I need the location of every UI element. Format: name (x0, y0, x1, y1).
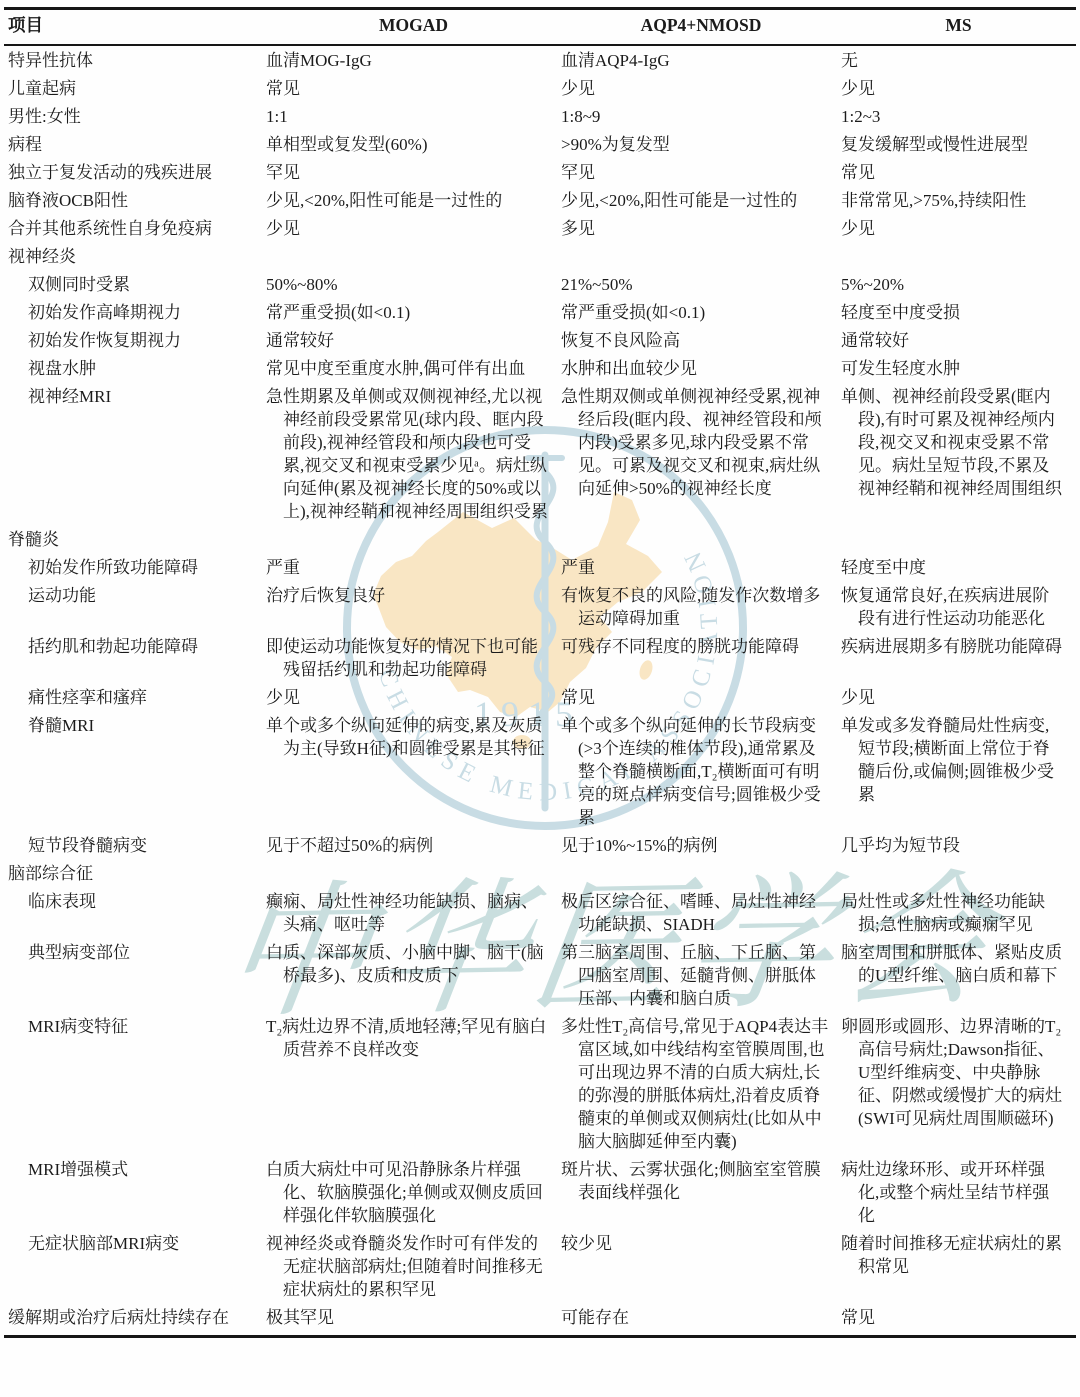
cell: 斑片状、云雾状强化;侧脑室室管膜表面线样强化 (561, 1155, 841, 1229)
cell: 急性期双侧或单侧视神经受累,视神经后段(眶内段、视神经管段和颅内段)受累多见,球… (561, 382, 841, 525)
cell: 单个或多个纵向延伸的长节段病变(>3个连续的椎体节段),通常累及整个脊髓横断面,… (561, 711, 841, 831)
cell: 常见 (841, 158, 1076, 186)
section-label: 视神经炎 (4, 242, 1076, 270)
cell: 罕见 (561, 158, 841, 186)
row-label: 视盘水肿 (4, 354, 266, 382)
cell: 可能存在 (561, 1303, 841, 1336)
cell: 无 (841, 45, 1076, 74)
row-label: MRI增强模式 (4, 1155, 266, 1229)
row-label: 脊髓MRI (4, 711, 266, 831)
cell: 即使运动功能恢复好的情况下也可能残留括约肌和勃起功能障碍 (266, 632, 561, 683)
cell: 血清MOG-IgG (266, 45, 561, 74)
cell: 单个或多个纵向延伸的病变,累及灰质为主(导致H征)和圆锥受累是其特征 (266, 711, 561, 831)
cell: 白质大病灶中可见沿静脉条片样强化、软脑膜强化;单侧或双侧皮质回样强化伴软脑膜强化 (266, 1155, 561, 1229)
cell: 几乎均为短节段 (841, 831, 1076, 859)
cell: T₂病灶边界不清,质地轻薄;罕见有脑白质营养不良样改变 (266, 1012, 561, 1155)
row-label: 短节段脊髓病变 (4, 831, 266, 859)
table-row: MRI增强模式白质大病灶中可见沿静脉条片样强化、软脑膜强化;单侧或双侧皮质回样强… (4, 1155, 1076, 1229)
cell: 见于不超过50%的病例 (266, 831, 561, 859)
cell: 少见 (841, 214, 1076, 242)
table-row: 运动功能治疗后恢复良好有恢复不良的风险,随发作次数增多运动障碍加重恢复通常良好,… (4, 581, 1076, 632)
cell: 少见 (841, 683, 1076, 711)
cell: 少见,<20%,阳性可能是一过性的 (561, 186, 841, 214)
comparison-table: 项目MOGADAQP4+NMOSDMS 特异性抗体血清MOG-IgG血清AQP4… (4, 7, 1076, 1338)
cell: 单相型或复发型(60%) (266, 130, 561, 158)
row-label: 男性:女性 (4, 102, 266, 130)
cell: 少见,<20%,阳性可能是一过性的 (266, 186, 561, 214)
cell: 1:1 (266, 102, 561, 130)
row-label: 运动功能 (4, 581, 266, 632)
cell: 严重 (266, 553, 561, 581)
table-row: 特异性抗体血清MOG-IgG血清AQP4-IgG无 (4, 45, 1076, 74)
section-row: 脑部综合征 (4, 859, 1076, 887)
row-label: MRI病变特征 (4, 1012, 266, 1155)
cell: 单发或多发脊髓局灶性病变,短节段;横断面上常位于脊髓后份,或偏侧;圆锥极少受累 (841, 711, 1076, 831)
row-label: 脑脊液OCB阳性 (4, 186, 266, 214)
table-row: 典型病变部位白质、深部灰质、小脑中脚、脑干(脑桥最多)、皮质和皮质下第三脑室周围… (4, 938, 1076, 1012)
table-row: 痛性痉挛和瘙痒少见常见少见 (4, 683, 1076, 711)
table-body: 特异性抗体血清MOG-IgG血清AQP4-IgG无儿童起病常见少见少见男性:女性… (4, 45, 1076, 1336)
cell: 常见中度至重度水肿,偶可伴有出血 (266, 354, 561, 382)
table-row: 儿童起病常见少见少见 (4, 74, 1076, 102)
table-row: 视神经MRI急性期累及单侧或双侧视神经,尤以视神经前段受累常见(球内段、眶内段前… (4, 382, 1076, 525)
section-row: 视神经炎 (4, 242, 1076, 270)
table-row: 独立于复发活动的残疾进展罕见罕见常见 (4, 158, 1076, 186)
document-page: 1915 CHINESE MEDICAL ASSOCIATION 中华医学会 项… (0, 0, 1080, 1397)
table-row: 缓解期或治疗后病灶持续存在极其罕见可能存在常见 (4, 1303, 1076, 1336)
table-row: 合并其他系统性自身免疫病少见多见少见 (4, 214, 1076, 242)
cell: >90%为复发型 (561, 130, 841, 158)
section-row: 脊髓炎 (4, 525, 1076, 553)
table-header: 项目MOGADAQP4+NMOSDMS (4, 9, 1076, 46)
table-row: 括约肌和勃起功能障碍即使运动功能恢复好的情况下也可能残留括约肌和勃起功能障碍可残… (4, 632, 1076, 683)
cell: 治疗后恢复良好 (266, 581, 561, 632)
cell: 癫痫、局灶性神经功能缺损、脑病、头痛、呕吐等 (266, 887, 561, 938)
row-label: 病程 (4, 130, 266, 158)
column-header: 项目 (4, 9, 266, 46)
cell: 局灶性或多灶性神经功能缺损;急性脑病或癫痫罕见 (841, 887, 1076, 938)
cell: 多灶性T₂高信号,常见于AQP4表达丰富区域,如中线结构室管膜周围,也可出现边界… (561, 1012, 841, 1155)
table-row: 初始发作高峰期视力常严重受损(如<0.1)常严重受损(如<0.1)轻度至中度受损 (4, 298, 1076, 326)
column-header: MOGAD (266, 9, 561, 46)
cell: 可发生轻度水肿 (841, 354, 1076, 382)
cell: 病灶边缘环形、或开环样强化,或整个病灶呈结节样强化 (841, 1155, 1076, 1229)
table-row: 男性:女性1:11:8~91:2~3 (4, 102, 1076, 130)
table-row: 初始发作恢复期视力通常较好恢复不良风险高通常较好 (4, 326, 1076, 354)
row-label: 儿童起病 (4, 74, 266, 102)
cell: 少见 (841, 74, 1076, 102)
cell: 脑室周围和胼胝体、紧贴皮质的U型纤维、脑白质和幕下 (841, 938, 1076, 1012)
cell: 见于10%~15%的病例 (561, 831, 841, 859)
cell: 少见 (561, 74, 841, 102)
table-row: 脑脊液OCB阳性少见,<20%,阳性可能是一过性的少见,<20%,阳性可能是一过… (4, 186, 1076, 214)
table-row: 初始发作所致功能障碍严重严重轻度至中度 (4, 553, 1076, 581)
row-label: 临床表现 (4, 887, 266, 938)
cell: 恢复通常良好,在疾病进展阶段有进行性运动功能恶化 (841, 581, 1076, 632)
header-row: 项目MOGADAQP4+NMOSDMS (4, 9, 1076, 46)
cell: 可残存不同程度的膀胱功能障碍 (561, 632, 841, 683)
cell: 单侧、视神经前段受累(眶内段),有时可累及视神经颅内段,视交叉和视束受累不常见。… (841, 382, 1076, 525)
cell: 少见 (266, 214, 561, 242)
cell: 视神经炎或脊髓炎发作时可有伴发的无症状脑部病灶;但随着时间推移无症状病灶的累积罕… (266, 1229, 561, 1303)
row-label: 无症状脑部MRI病变 (4, 1229, 266, 1303)
cell: 白质、深部灰质、小脑中脚、脑干(脑桥最多)、皮质和皮质下 (266, 938, 561, 1012)
table-row: 短节段脊髓病变见于不超过50%的病例见于10%~15%的病例几乎均为短节段 (4, 831, 1076, 859)
cell: 第三脑室周围、丘脑、下丘脑、第四脑室周围、延髓背侧、胼胝体压部、内囊和脑白质 (561, 938, 841, 1012)
table-row: 视盘水肿常见中度至重度水肿,偶可伴有出血水肿和出血较少见可发生轻度水肿 (4, 354, 1076, 382)
cell: 21%~50% (561, 270, 841, 298)
cell: 水肿和出血较少见 (561, 354, 841, 382)
cell: 血清AQP4-IgG (561, 45, 841, 74)
cell: 卵圆形或圆形、边界清晰的T₂高信号病灶;Dawson指征、U型纤维病变、中央静脉… (841, 1012, 1076, 1155)
row-label: 初始发作恢复期视力 (4, 326, 266, 354)
section-label: 脊髓炎 (4, 525, 1076, 553)
cell: 极其罕见 (266, 1303, 561, 1336)
cell: 轻度至中度受损 (841, 298, 1076, 326)
cell: 常严重受损(如<0.1) (266, 298, 561, 326)
cell: 轻度至中度 (841, 553, 1076, 581)
row-label: 痛性痉挛和瘙痒 (4, 683, 266, 711)
row-label: 缓解期或治疗后病灶持续存在 (4, 1303, 266, 1336)
column-header: MS (841, 9, 1076, 46)
cell: 1:2~3 (841, 102, 1076, 130)
row-label: 特异性抗体 (4, 45, 266, 74)
row-label: 初始发作所致功能障碍 (4, 553, 266, 581)
cell: 通常较好 (266, 326, 561, 354)
cell: 多见 (561, 214, 841, 242)
table-row: MRI病变特征T₂病灶边界不清,质地轻薄;罕见有脑白质营养不良样改变多灶性T₂高… (4, 1012, 1076, 1155)
cell: 较少见 (561, 1229, 841, 1303)
cell: 罕见 (266, 158, 561, 186)
cell: 有恢复不良的风险,随发作次数增多运动障碍加重 (561, 581, 841, 632)
cell: 常见 (561, 683, 841, 711)
cell: 复发缓解型或慢性进展型 (841, 130, 1076, 158)
column-header: AQP4+NMOSD (561, 9, 841, 46)
cell: 严重 (561, 553, 841, 581)
table-row: 无症状脑部MRI病变视神经炎或脊髓炎发作时可有伴发的无症状脑部病灶;但随着时间推… (4, 1229, 1076, 1303)
cell: 常见 (841, 1303, 1076, 1336)
row-label: 视神经MRI (4, 382, 266, 525)
row-label: 典型病变部位 (4, 938, 266, 1012)
cell: 常严重受损(如<0.1) (561, 298, 841, 326)
cell: 非常常见,>75%,持续阳性 (841, 186, 1076, 214)
cell: 急性期累及单侧或双侧视神经,尤以视神经前段受累常见(球内段、眶内段前段),视神经… (266, 382, 561, 525)
cell: 常见 (266, 74, 561, 102)
cell: 50%~80% (266, 270, 561, 298)
cell: 极后区综合征、嗜睡、局灶性神经功能缺损、SIADH (561, 887, 841, 938)
cell: 随着时间推移无症状病灶的累积常见 (841, 1229, 1076, 1303)
row-label: 独立于复发活动的残疾进展 (4, 158, 266, 186)
cell: 5%~20% (841, 270, 1076, 298)
section-label: 脑部综合征 (4, 859, 1076, 887)
cell: 1:8~9 (561, 102, 841, 130)
cell: 少见 (266, 683, 561, 711)
cell: 通常较好 (841, 326, 1076, 354)
table-row: 临床表现癫痫、局灶性神经功能缺损、脑病、头痛、呕吐等极后区综合征、嗜睡、局灶性神… (4, 887, 1076, 938)
row-label: 双侧同时受累 (4, 270, 266, 298)
table-row: 脊髓MRI单个或多个纵向延伸的病变,累及灰质为主(导致H征)和圆锥受累是其特征单… (4, 711, 1076, 831)
cell: 疾病进展期多有膀胱功能障碍 (841, 632, 1076, 683)
table-row: 病程单相型或复发型(60%)>90%为复发型复发缓解型或慢性进展型 (4, 130, 1076, 158)
table-row: 双侧同时受累50%~80%21%~50%5%~20% (4, 270, 1076, 298)
row-label: 合并其他系统性自身免疫病 (4, 214, 266, 242)
cell: 恢复不良风险高 (561, 326, 841, 354)
row-label: 括约肌和勃起功能障碍 (4, 632, 266, 683)
row-label: 初始发作高峰期视力 (4, 298, 266, 326)
